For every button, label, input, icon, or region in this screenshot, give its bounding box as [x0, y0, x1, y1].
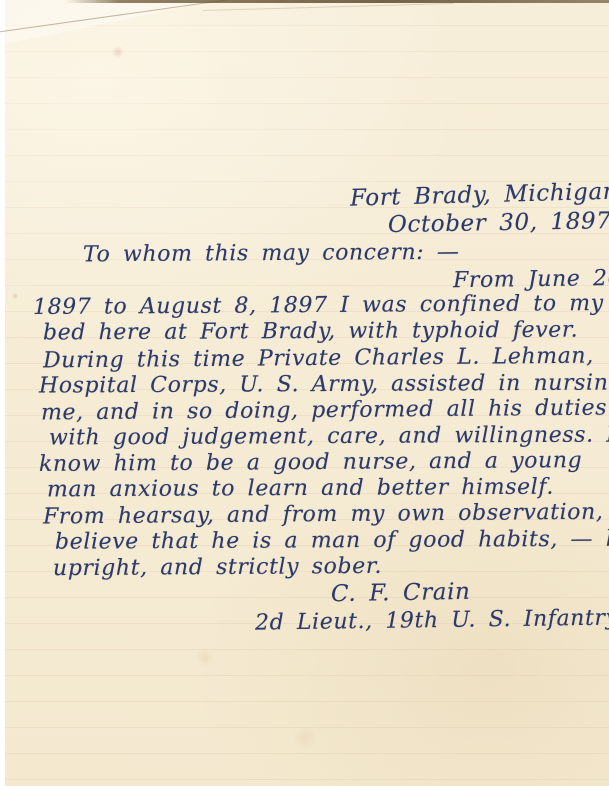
letter-line: bed here at Fort Brady, with typhoid fev…: [43, 318, 578, 346]
letter-line: man anxious to learn and better himself.: [47, 475, 554, 503]
letter-line: me, and in so doing, performed all his d…: [41, 396, 607, 426]
letter-scan: Fort Brady, Michigan, October 30, 1897. …: [0, 0, 609, 786]
letter-line: Hospital Corps, U. S. Army, assisted in …: [39, 370, 609, 398]
letter-line: know him to be a good nurse, and a young: [39, 448, 582, 477]
letter-line: From hearsay, and from my own observatio…: [43, 499, 609, 529]
letter-line: 1897 to August 8, 1897 I was confined to…: [33, 291, 604, 320]
letter-line: upright, and strictly sober.: [53, 554, 382, 581]
signature-title: 2d Lieut., 19th U. S. Infantry.: [255, 605, 609, 635]
heading-date: October 30, 1897.: [388, 208, 609, 238]
letter-line: From June 26,: [453, 266, 609, 293]
signature-name: C. F. Crain: [331, 579, 471, 607]
corner-fold: [5, 0, 220, 44]
paper-top-edge: [65, 0, 609, 3]
letter-line: believe that he is a man of good habits,…: [55, 526, 609, 554]
heading-location: Fort Brady, Michigan,: [350, 178, 609, 211]
letter-line: with good judgement, care, and willingne…: [49, 423, 609, 451]
letter-line: During this time Private Charles L. Lehm…: [43, 344, 594, 374]
letter-paper: Fort Brady, Michigan, October 30, 1897. …: [5, 0, 609, 786]
salutation: To whom this may concern: —: [83, 240, 460, 268]
crease-line-faint: [203, 3, 453, 11]
